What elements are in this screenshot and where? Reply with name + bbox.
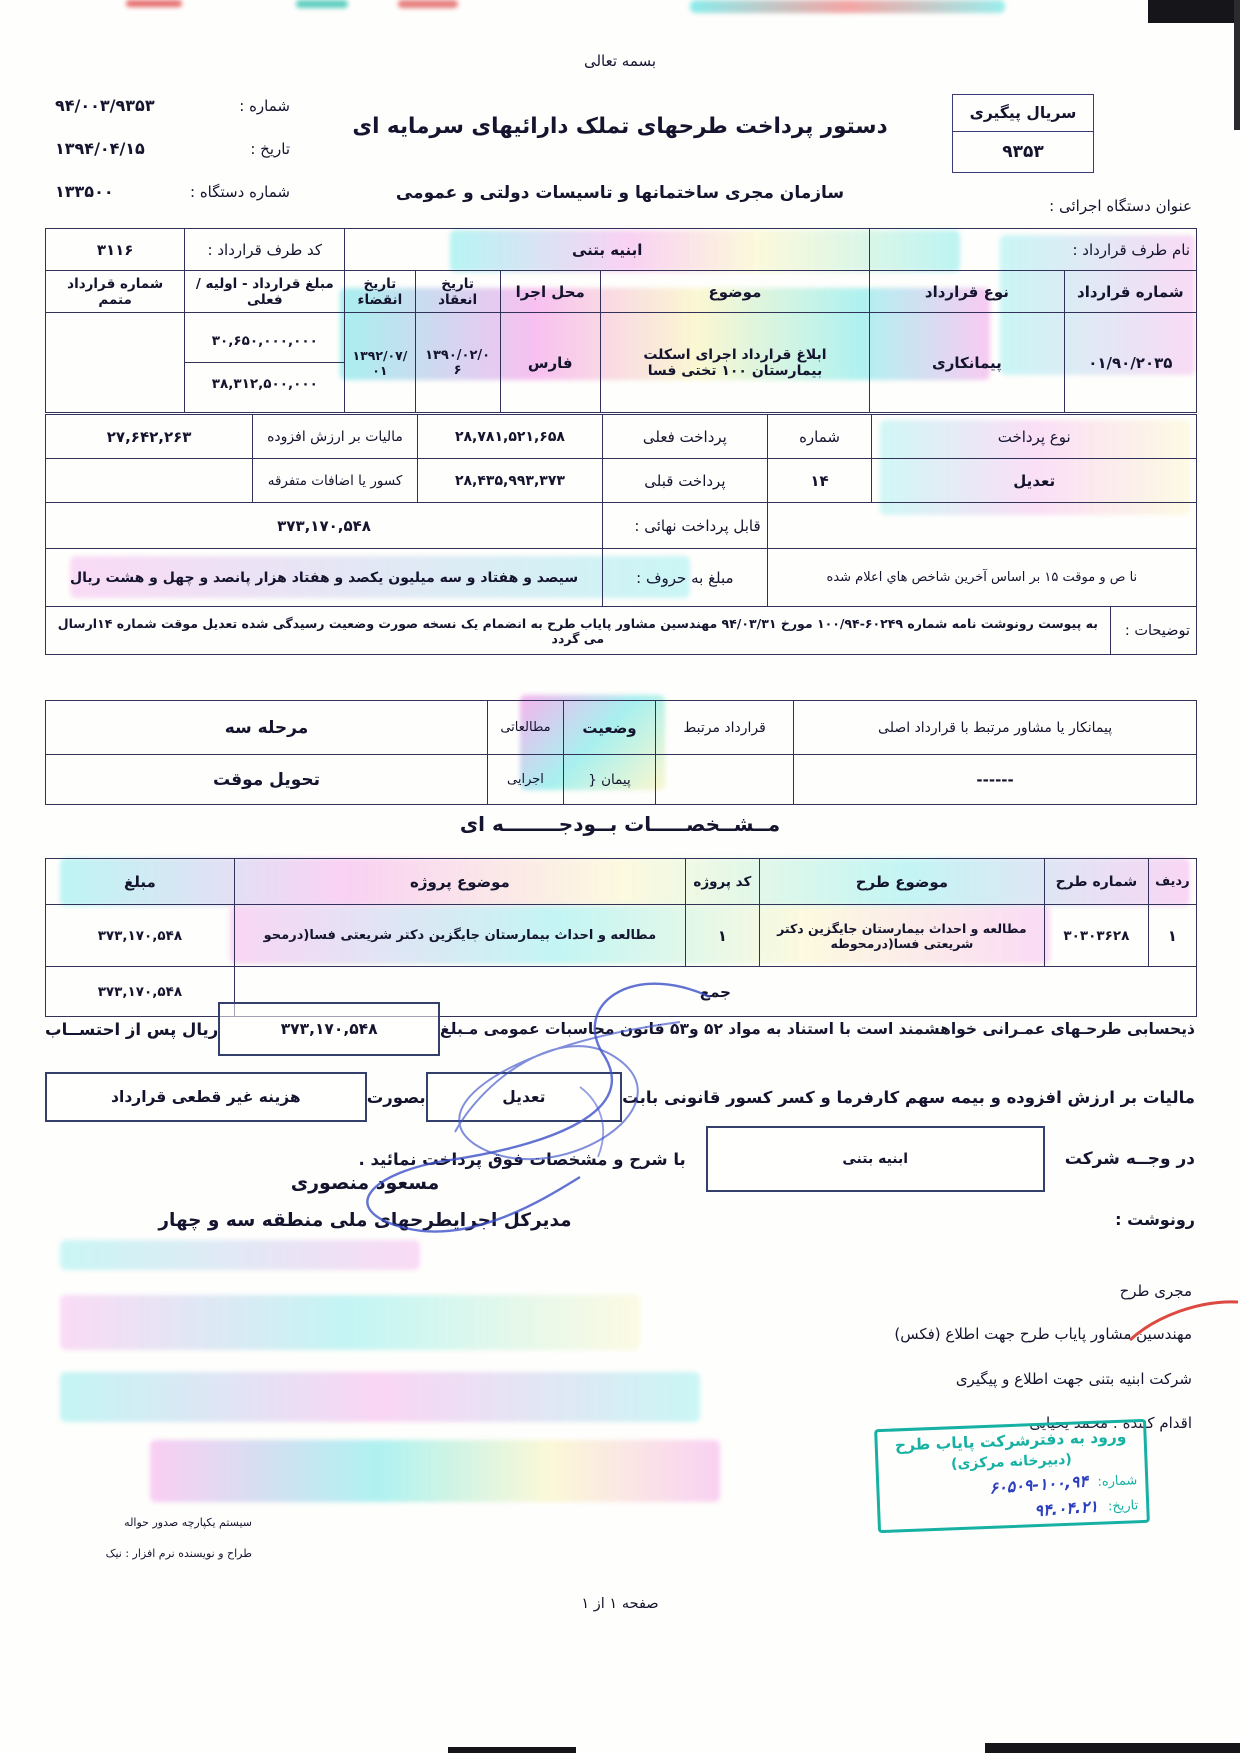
budget-project-code: ۱ — [686, 905, 760, 967]
doc-number-label: شماره : — [239, 97, 290, 115]
final-payable-value: ۳۷۳,۱۷۰,۵۴۸ — [46, 503, 603, 549]
contract-location-value: فارس — [500, 313, 600, 413]
stage-value-1: مرحله سه — [46, 701, 488, 755]
order-amount-box: ۳۷۳,۱۷۰,۵۴۸ — [218, 1002, 440, 1056]
copy-item-consultant: مهندسین مشاور پایاب طرح جهت اطلاع (فکس) — [894, 1325, 1192, 1343]
scan-smear — [398, 0, 458, 8]
deduction-label: کسور یا اضافات متفرقه — [253, 459, 418, 503]
doc-number-value: ۹۴/۰۰۳/۹۳۵۳ — [55, 96, 155, 115]
col-contract-number: شماره قرارداد — [1064, 271, 1196, 313]
order-payee-box: ابنیه بتنی — [706, 1126, 1045, 1192]
order-line3-text-b: با شرح و مشخصات فوق پرداخت نمائید . — [359, 1150, 686, 1169]
tracking-serial-box: سریال پیگیری ۹۳۵۳ — [952, 94, 1094, 173]
payment-prev-label: پرداخت قبلی — [603, 459, 768, 503]
amount-in-words-value: سیصد و هفتاد و سه میلیون یکصد و هفتاد هز… — [46, 549, 603, 607]
device-number: شماره دستگاه : ۱۳۳۵۰۰ — [55, 182, 290, 201]
vat-value: ۲۷,۶۴۲,۲۶۳ — [46, 415, 253, 459]
order-line3-text-a: در وجــه شرکت — [1065, 1149, 1195, 1169]
bismillah: بسمه تعالی — [0, 52, 1240, 70]
scanned-payment-order-document: بسمه تعالی دستور پرداخت طرحهای تملک دارا… — [0, 0, 1240, 1753]
budget-col-row: ردیف — [1148, 859, 1196, 905]
doc-number: شماره : ۹۴/۰۰۳/۹۳۵۳ — [55, 96, 290, 115]
order-type-box: تعدیل — [426, 1072, 623, 1122]
related-contractor-value: ------ — [794, 755, 1197, 805]
device-number-value: ۱۳۳۵۰۰ — [55, 182, 114, 201]
header-meta-left: شماره : ۹۴/۰۰۳/۹۳۵۳ تاریخ : ۱۳۹۴/۰۴/۱۵ ش… — [55, 96, 290, 225]
col-supplement: شماره قرارداد متمم — [46, 271, 185, 313]
contract-start-value: ۱۳۹۰/۰۲/۰۶ — [415, 313, 500, 413]
device-number-label: شماره دستگاه : — [190, 183, 290, 201]
party-name-value: ابنیه بتنی — [345, 229, 870, 271]
budget-amount: ۳۷۳,۱۷۰,۵۴۸ — [46, 905, 235, 967]
budget-project-subject: مطالعه و احداث بیمارستان جایگزین دکتر شر… — [234, 905, 685, 967]
order-line2-text-b: بصورت — [367, 1088, 426, 1107]
scan-smear — [126, 0, 182, 7]
stamp-date-label: تاریخ: — [1108, 1498, 1139, 1514]
scan-smear — [60, 1295, 640, 1350]
page-number: صفحه ۱ از ۱ — [0, 1596, 1240, 1612]
budget-col-plan-subject: موضوع طرح — [759, 859, 1044, 905]
payment-note: نا ص و موقت ۱۵ بر اساس آخرین شاخص هاي اع… — [767, 549, 1196, 607]
contract-supplement-value — [46, 313, 185, 413]
entry-stamp: ورود به دفترشرکت پایاب طرح (دبیرخانه مرک… — [874, 1419, 1150, 1533]
remarks-row: توضیحات : به پیوست رونوشت نامه شماره ۶۰۲… — [45, 606, 1197, 655]
scan-black-bar-bottom-right — [985, 1743, 1240, 1753]
related-contract-table: پیمانکار یا مشاور مرتبط با قرارداد اصلی … — [45, 700, 1197, 805]
stamp-date-handwritten: ۹۴.۰۴.۲۱ — [1034, 1497, 1099, 1521]
tracking-serial-value: ۹۳۵۳ — [953, 132, 1093, 172]
col-end-date: تاریخ انقضاء — [345, 271, 415, 313]
col-location: محل اجرا — [500, 271, 600, 313]
order-line-2: مالیات بر ارزش افزوده و بیمه سهم کارفرما… — [45, 1072, 1195, 1122]
scan-smear — [690, 0, 1005, 13]
budget-plan-no: ۳۰۳۰۳۶۲۸ — [1045, 905, 1149, 967]
agency-title-label: عنوان دستگاه اجرائی : — [1049, 197, 1192, 215]
contract-end-value: ۱۳۹۲/۰۷/۰۱ — [345, 313, 415, 413]
signatory-name: مسعود منصوری — [150, 1172, 580, 1194]
deduction-value — [46, 459, 253, 503]
status-label: وضعیت — [563, 701, 655, 755]
payment-prev-value: ۲۸,۴۳۵,۹۹۳,۳۷۳ — [417, 459, 602, 503]
stage-value-2: تحویل موقت — [46, 755, 488, 805]
budget-col-project-code: کد پروژه — [686, 859, 760, 905]
remarks-label: توضیحات : — [1110, 607, 1196, 655]
budget-col-project-subject: موضوع پروژه — [234, 859, 685, 905]
payment-current-label: پرداخت فعلی — [603, 415, 768, 459]
party-code-label: کد طرف قرارداد : — [185, 229, 345, 271]
payment-no-value: ۱۴ — [767, 459, 872, 503]
order-line-1: ذیحسابی طرحـهای عمـرانی خواهشمند است با … — [45, 1002, 1195, 1056]
copy-item-executor: مجری طرح — [1120, 1282, 1192, 1300]
related-contract-label: قرارداد مرتبط — [656, 701, 794, 755]
order-line1-text-b: ریال پس از احتســاب — [45, 1020, 218, 1039]
order-mode-box: هزینه غیر قطعی قرارداد — [45, 1072, 367, 1122]
col-contract-type: نوع قرارداد — [870, 271, 1065, 313]
contract-amount-initial: ۳۰,۶۵۰,۰۰۰,۰۰۰ — [185, 320, 344, 363]
payment-empty-cell — [767, 503, 1196, 549]
doc-date: تاریخ : ۱۳۹۴/۰۴/۱۵ — [55, 139, 290, 158]
status-study-label: مطالعاتی — [488, 701, 564, 755]
remarks-text: به پیوست رونوشت نامه شماره ۶۰۲۴۹-۱۰۰/۹۴ … — [46, 607, 1111, 655]
amount-in-words-label: مبلغ به حروف : — [603, 549, 768, 607]
contract-amount-current: ۳۸,۳۱۲,۵۰۰,۰۰۰ — [185, 363, 344, 405]
status-exec-value: اجرایی — [488, 755, 564, 805]
stamp-number-label: شماره: — [1097, 1473, 1137, 1490]
tracking-serial-label: سریال پیگیری — [953, 95, 1093, 132]
payment-type-value: تعدیل — [872, 459, 1197, 503]
order-line1-text-a: ذیحسابی طرحـهای عمـرانی خواهشمند است با … — [440, 1020, 1195, 1038]
signatory-title: مدیرکل اجرایطرحهای ملی منطقه سه و چهار — [150, 1210, 580, 1231]
scan-smear — [150, 1440, 720, 1502]
budget-plan-subject: مطالعه و احداث بیمارستان جایگزین دکتر شر… — [759, 905, 1044, 967]
budget-section-title: مــشــخصـــــات بــودجــــــــه ای — [0, 812, 1240, 836]
doc-date-label: تاریخ : — [250, 140, 290, 158]
related-contract-value — [656, 755, 794, 805]
budget-row-no: ۱ — [1148, 905, 1196, 967]
scan-black-dash-bottom — [448, 1747, 576, 1753]
copies-label: رونوشت : — [1115, 1210, 1195, 1229]
status-peyman-value: پیمان { — [563, 755, 655, 805]
contract-table: نام طرف قرارداد : ابنیه بتنی کد طرف قرار… — [45, 228, 1197, 413]
scan-smear — [60, 1240, 420, 1270]
contract-amount-cell: ۳۰,۶۵۰,۰۰۰,۰۰۰ ۳۸,۳۱۲,۵۰۰,۰۰۰ — [185, 313, 345, 413]
scan-smear — [60, 1372, 700, 1422]
software-credit-line1: سیستم یکپارچه صدور حواله — [62, 1516, 252, 1529]
related-contractor-label: پیمانکار یا مشاور مرتبط با قرارداد اصلی — [794, 701, 1197, 755]
payment-current-value: ۲۸,۷۸۱,۵۲۱,۶۵۸ — [417, 415, 602, 459]
party-name-label: نام طرف قرارداد : — [870, 229, 1197, 271]
final-payable-label: قابل پرداخت نهائی : — [603, 503, 768, 549]
budget-col-plan-no: شماره طرح — [1045, 859, 1149, 905]
party-code-value: ۳۱۱۶ — [46, 229, 185, 271]
signature-block: مسعود منصوری مدیرکل اجرایطرحهای ملی منطق… — [150, 1172, 580, 1231]
copy-item-company: شرکت ابنیه بتنی جهت اطلاع و پیگیری — [956, 1370, 1192, 1388]
scan-smear — [296, 0, 348, 8]
col-subject: موضوع — [600, 271, 869, 313]
contract-type-value: پیمانکاری — [870, 313, 1065, 413]
col-start-date: تاریخ انعقاد — [415, 271, 500, 313]
contract-subject-value: ابلاغ قرارداد اجرای اسکلت بیمارستان ۱۰۰ … — [600, 313, 869, 413]
payment-no-label: شماره — [767, 415, 872, 459]
budget-table: ردیف شماره طرح موضوع طرح کد پروژه موضوع … — [45, 858, 1197, 1017]
payment-type-label: نوع پرداخت — [872, 415, 1197, 459]
order-line2-text-a: مالیات بر ارزش افزوده و بیمه سهم کارفرما… — [622, 1088, 1195, 1107]
software-credit-line2: طراح و نویسنده نرم افزار : نیک — [62, 1547, 252, 1560]
contract-number-value: ۰۱/۹۰/۲۰۳۵ — [1064, 313, 1196, 413]
budget-col-amount: مبلغ — [46, 859, 235, 905]
stamp-number-handwritten: ۶۰۵۰۹-۱۰۰,۹۴ — [988, 1471, 1088, 1497]
software-credit: سیستم یکپارچه صدور حواله طراح و نویسنده … — [62, 1516, 252, 1560]
payment-table: نوع پرداخت شماره پرداخت فعلی ۲۸,۷۸۱,۵۲۱,… — [45, 414, 1197, 607]
scan-black-bar-top-right — [1148, 0, 1240, 23]
vat-label: مالیات بر ارزش افزوده — [253, 415, 418, 459]
doc-date-value: ۱۳۹۴/۰۴/۱۵ — [55, 139, 145, 158]
col-amount: مبلغ قرارداد - اولیه / فعلی — [185, 271, 345, 313]
